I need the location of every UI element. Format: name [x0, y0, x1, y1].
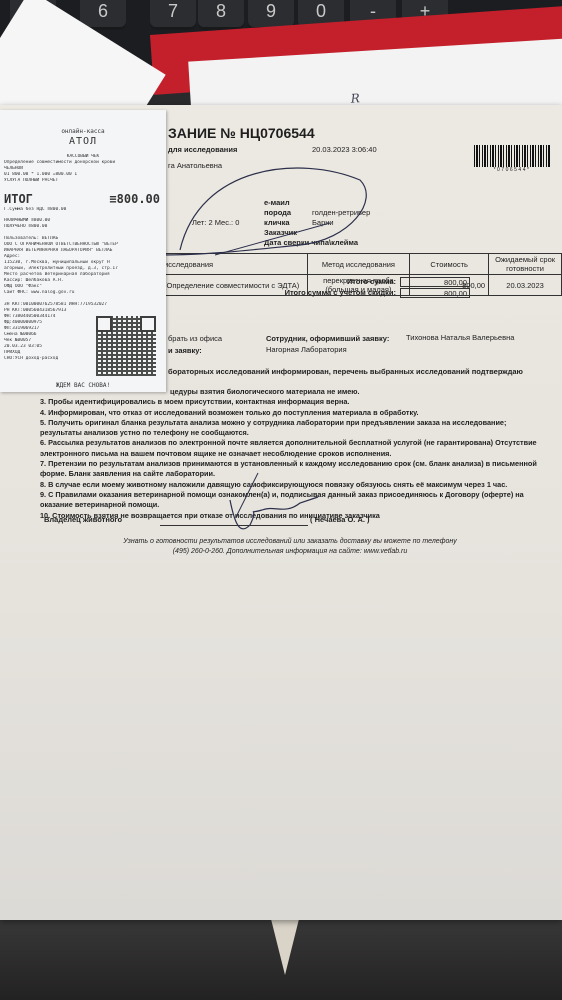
term-item: 8. В случае если моему животному наложил…	[40, 480, 540, 490]
key-8: 8	[198, 0, 244, 30]
total-label: Итого сумма:	[240, 277, 396, 286]
receipt-line: Сайт ФНС: www.nalog.gov.ru	[4, 290, 162, 296]
receipt-total-value: ≡800.00	[109, 192, 160, 206]
confirm-text: бораторных исследований информирован, пе…	[168, 367, 523, 376]
term-item: 7. Претензии по результатам анализов при…	[40, 459, 540, 480]
signature-label: Владелец животного	[44, 515, 122, 524]
pickup-label: брать из офиса	[168, 333, 222, 345]
signature-name: ( Нечаева О. А. )	[310, 515, 370, 524]
handwritten-mark: R	[350, 91, 360, 106]
pickup-info: брать из офиса и заявку:	[168, 333, 222, 357]
email-label: е-маил	[264, 198, 358, 208]
term-item: 5. Получить оригинал бланка результата а…	[40, 418, 540, 439]
pet-info-values: голден-ретривер Барни	[312, 208, 370, 228]
header-method: Метод исследования	[307, 254, 410, 275]
receipt-thanks: ЖДЕМ ВАС СНОВА!	[0, 382, 166, 389]
term-item: 9. С Правилами оказания ветеринарной пом…	[40, 490, 540, 511]
footer-line-2: (495) 260-0-260. Дополнительная информац…	[60, 547, 520, 557]
footer-line-1: Узнать о готовности результатов исследов…	[60, 537, 520, 547]
cash-receipt: онлайн-касса АТОЛ КАССОВЫЙ ЧЕК Определен…	[0, 110, 166, 392]
request-label: и заявку:	[168, 345, 222, 357]
order-title: ЗАНИЕ № НЦ0706544	[168, 125, 315, 141]
header-cost: Стоимость	[410, 254, 489, 275]
total-discount-label: Итого сумма с учетом скидки:	[200, 288, 396, 297]
receipt-total-label: ИТОГ	[4, 192, 33, 206]
employee-value: Тихонова Наталья Валерьевна	[406, 333, 514, 342]
customer-label: Заказчик	[264, 228, 358, 238]
breed-value: голден-ретривер	[312, 208, 370, 218]
footer-note: Узнать о готовности результатов исследов…	[60, 537, 520, 557]
receipt-brand-line2: АТОЛ	[0, 136, 166, 147]
name-value: Барни	[312, 218, 370, 228]
total-value: 800,00	[400, 277, 470, 287]
cell-ready: 20.03.2023	[489, 275, 562, 296]
key-7: 7	[150, 0, 196, 30]
receipt-line: Г.Сумма без НДС ≡800.00	[4, 207, 162, 213]
chip-date-label: Дата сверки чипа\клейма	[264, 238, 358, 248]
barcode	[474, 145, 550, 167]
term-item: 6. Рассылка результатов анализов по элек…	[40, 438, 540, 459]
barcode-number: *0706544*	[474, 167, 550, 173]
order-subtitle: для исследования	[168, 145, 237, 154]
lab-name: Нагорная Лаборатория	[266, 345, 347, 354]
receipt-line: ПОЛУЧЕНО ≡800.00	[4, 224, 162, 230]
order-datetime: 20.03.2023 3:06:40	[312, 145, 377, 154]
term-item: 4. Информирован, что отказ от исследован…	[40, 408, 540, 418]
signature-line	[160, 525, 308, 526]
table-header-row: исследования Метод исследования Стоимост…	[161, 254, 562, 275]
term-item: 3. Пробы идентифицировались в моем прису…	[40, 397, 540, 407]
qr-code	[96, 316, 156, 376]
pet-age: Лет: 2 Мес.: 0	[192, 218, 239, 227]
receipt-line: СНО:УСН доход-расход	[4, 356, 94, 362]
total-discount-value: 800,00	[400, 288, 470, 298]
receipt-brand-line1: онлайн-касса	[0, 128, 166, 135]
owner-name-partial: га Анатольевна	[168, 161, 222, 170]
receipt-line: УСЛУГА ПОЛНЫЙ РАСЧЕТ	[4, 178, 162, 184]
terms-list: цедуры взятия биологического материала н…	[40, 387, 540, 521]
header-test: исследования	[161, 254, 308, 275]
employee-label: Сотрудник, оформивший заявку:	[266, 333, 389, 345]
header-ready: Ожидаемый срок готовности	[489, 254, 562, 275]
